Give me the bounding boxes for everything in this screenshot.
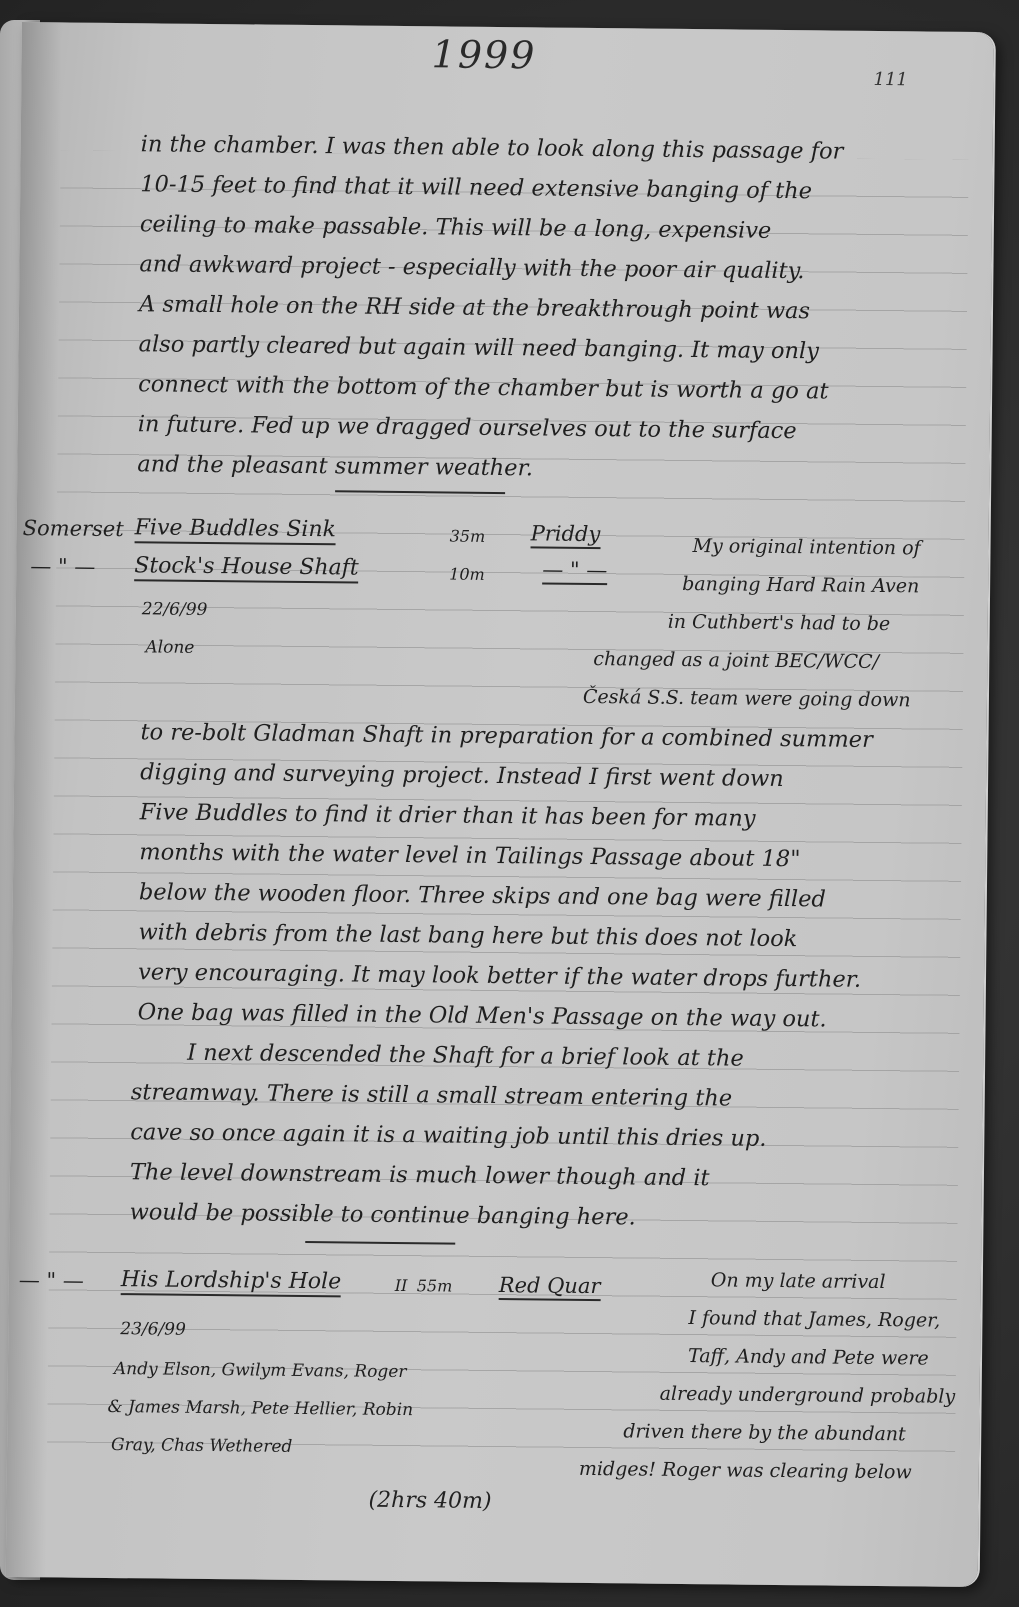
trip-duration: (2hrs 40m) <box>368 1488 491 1514</box>
cave-location: — " — <box>542 557 607 582</box>
entry-region: Somerset <box>23 516 124 541</box>
page-year: 1999 <box>431 32 536 77</box>
side-note-line: I found that James, Roger, <box>688 1307 940 1332</box>
cave-name: His Lordship's Hole <box>121 1267 342 1294</box>
side-note-line: Taff, Andy and Pete were <box>688 1345 929 1370</box>
entry-party: & James Marsh, Pete Hellier, Robin <box>107 1397 413 1420</box>
cave-depth: 55m <box>417 1276 453 1295</box>
cave-depth: 10m <box>449 565 485 584</box>
cave-name: Five Buddles Sink <box>135 515 336 542</box>
side-note-line: already underground probably <box>660 1383 956 1408</box>
cave-location: Red Quar <box>499 1273 601 1298</box>
text-line: and the pleasant summer weather. <box>137 451 533 481</box>
notebook-page: 1999 111 in the chamber. I was then able… <box>6 22 994 1587</box>
entry-date: 22/6/99 <box>142 599 208 620</box>
side-note-line: On my late arrival <box>711 1269 886 1293</box>
side-note-line: changed as a joint BEC/WCC/ <box>593 648 879 673</box>
ditto-mark: — " — <box>30 554 95 579</box>
cave-depth-note: II <box>395 1276 408 1295</box>
cave-location: Priddy <box>531 521 601 546</box>
side-note-line: Česká S.S. team were going down <box>583 686 911 711</box>
cave-name: Stock's House Shaft <box>134 553 359 580</box>
entry-region: — " — <box>19 1268 84 1293</box>
text-line: would be possible to continue banging he… <box>129 1199 636 1230</box>
side-note-line: midges! Roger was clearing below <box>579 1458 912 1483</box>
side-note-line: banging Hard Rain Aven <box>682 573 919 597</box>
entry-party: Andy Elson, Gwilym Evans, Roger <box>114 1359 407 1382</box>
entry-party: Alone <box>145 637 194 658</box>
side-note-line: My original intention of <box>692 535 920 559</box>
side-note-line: driven there by the abundant <box>623 1420 906 1445</box>
page-number: 111 <box>873 69 908 90</box>
cave-depth: 35m <box>450 527 486 546</box>
side-note-line: in Cuthbert's had to be <box>668 611 891 635</box>
entry-party: Gray, Chas Wethered <box>111 1435 292 1457</box>
entry-date: 23/6/99 <box>120 1319 186 1340</box>
